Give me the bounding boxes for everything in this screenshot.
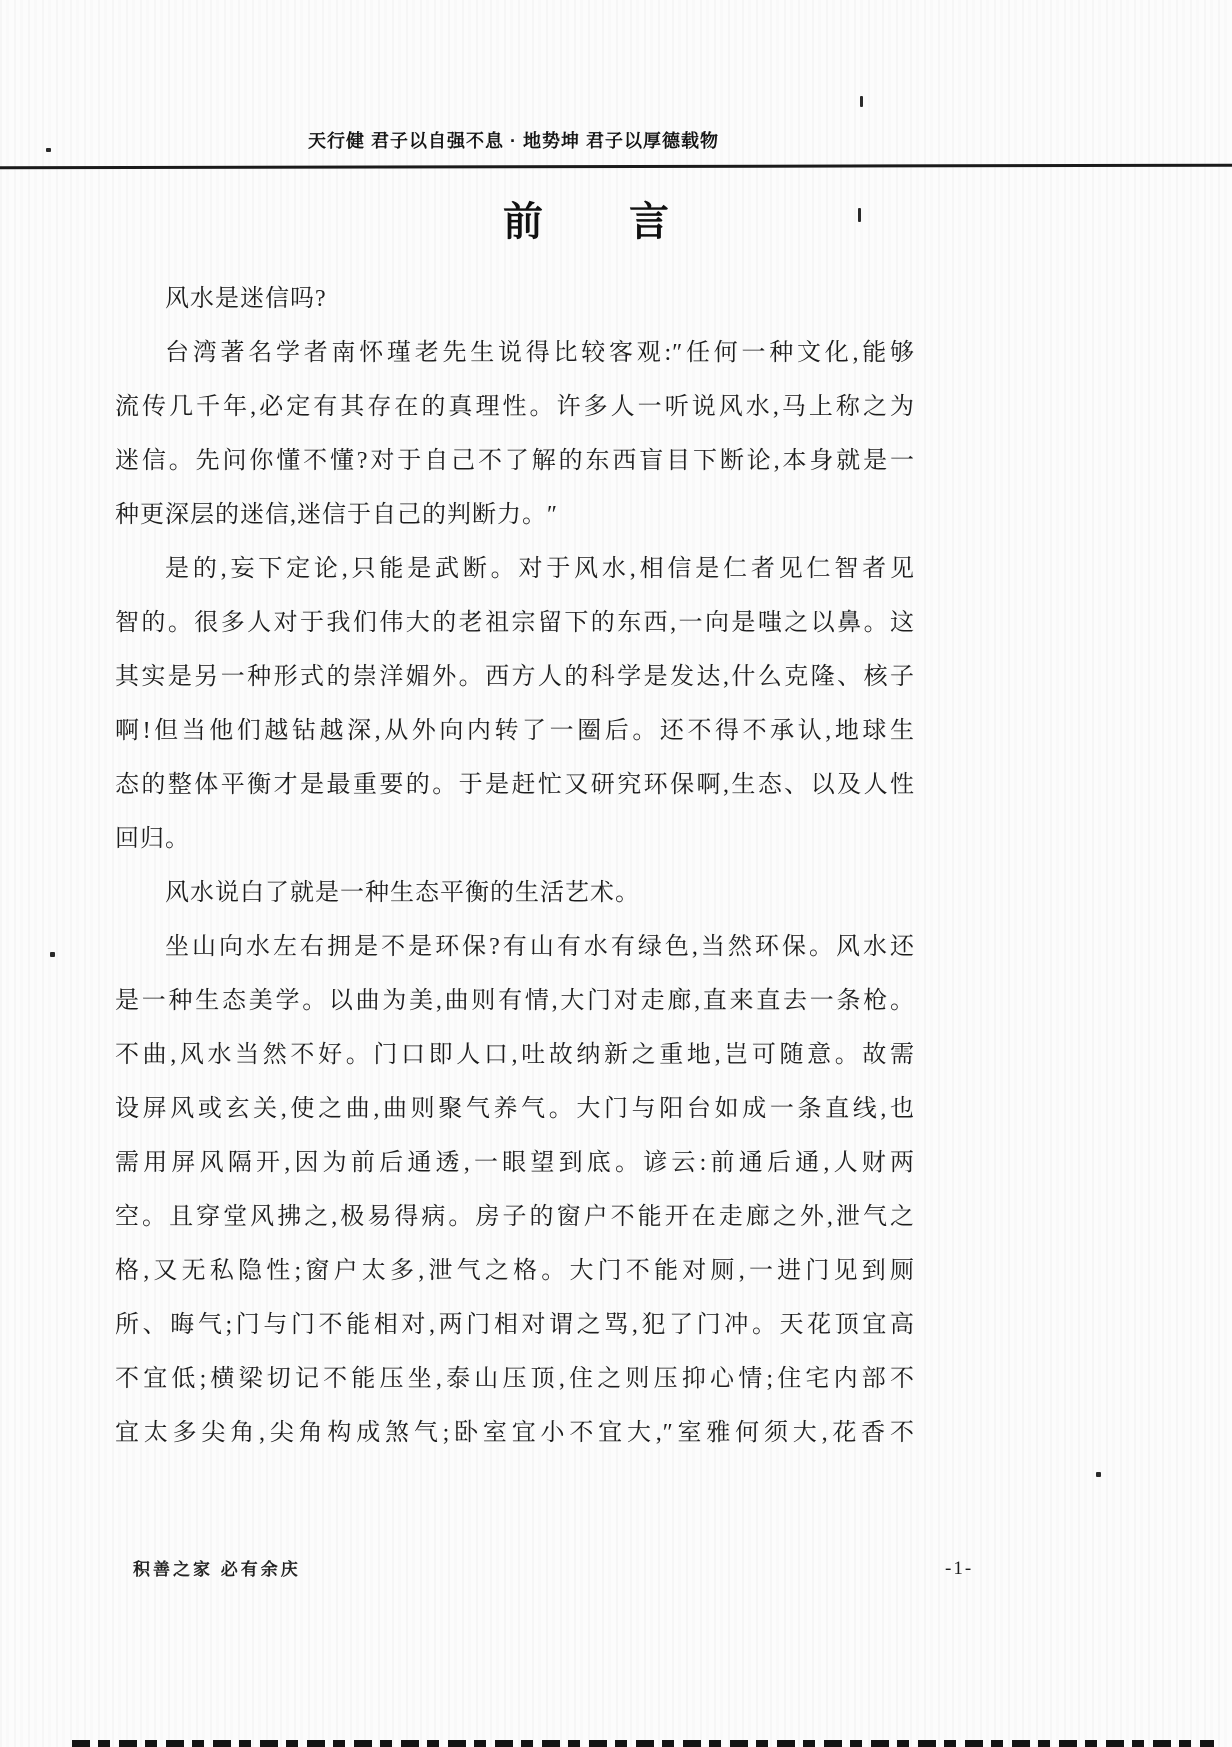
scan-speck: [860, 96, 863, 107]
page-title: 前 言: [0, 190, 1203, 247]
text-line: 回归。: [115, 812, 915, 866]
text-line: 种更深层的迷信,迷信于自己的判断力。″: [115, 488, 915, 542]
text-line: 不曲,风水当然不好。门口即人口,吐故纳新之重地,岂可随意。故需: [115, 1028, 915, 1082]
text-line: 台湾著名学者南怀瑾老先生说得比较客观:″任何一种文化,能够: [115, 326, 915, 380]
text-line: 是一种生态美学。以曲为美,曲则有情,大门对走廊,直来直去一条枪。: [115, 974, 915, 1028]
text-line: 迷信。先问你懂不懂?对于自己不了解的东西盲目下断论,本身就是一: [115, 434, 915, 488]
text-line: 格,又无私隐性;窗户太多,泄气之格。大门不能对厕,一进门见到厕: [115, 1244, 915, 1298]
footer-motto: 积善之家 必有余庆: [133, 1555, 301, 1580]
scanned-book-page: 天行健 君子以自强不息 · 地势坤 君子以厚德载物 前 言 风水是迷信吗?台湾著…: [0, 0, 1232, 1747]
scan-speck: [1096, 1472, 1101, 1477]
page-number: -1-: [945, 1558, 973, 1580]
scan-edge-artifact: [72, 1740, 1214, 1747]
header-rule: [0, 164, 1232, 170]
text-line: 啊!但当他们越钻越深,从外向内转了一圈后。还不得不承认,地球生: [115, 704, 915, 758]
text-line: 不宜低;横梁切记不能压坐,泰山压顶,住之则压抑心情;住宅内部不: [115, 1352, 915, 1406]
text-line: 态的整体平衡才是最重要的。于是赶忙又研究环保啊,生态、以及人性: [115, 758, 915, 812]
text-line: 空。且穿堂风拂之,极易得病。房子的窗户不能开在走廊之外,泄气之: [115, 1190, 915, 1244]
text-line: 坐山向水左右拥是不是环保?有山有水有绿色,当然环保。风水还: [115, 920, 915, 974]
scan-speck: [858, 208, 861, 222]
text-line: 宜太多尖角,尖角构成煞气;卧室宜小不宜大,″室雅何须大,花香不: [115, 1406, 915, 1460]
text-line: 所、晦气;门与门不能相对,两门相对谓之骂,犯了门冲。天花顶宜高: [115, 1298, 915, 1352]
body-text: 风水是迷信吗?台湾著名学者南怀瑾老先生说得比较客观:″任何一种文化,能够流传几千…: [115, 272, 915, 1460]
text-line: 需用屏风隔开,因为前后通透,一眼望到底。谚云:前通后通,人财两: [115, 1136, 915, 1190]
scan-speck: [46, 148, 51, 152]
text-line: 风水是迷信吗?: [115, 272, 915, 326]
text-line: 风水说白了就是一种生态平衡的生活艺术。: [115, 866, 915, 920]
text-line: 流传几千年,必定有其存在的真理性。许多人一听说风水,马上称之为: [115, 380, 915, 434]
text-line: 是的,妄下定论,只能是武断。对于风水,相信是仁者见仁智者见: [115, 542, 915, 596]
text-line: 智的。很多人对于我们伟大的老祖宗留下的东西,一向是嗤之以鼻。这: [115, 596, 915, 650]
text-line: 设屏风或玄关,使之曲,曲则聚气养气。大门与阳台如成一条直线,也: [115, 1082, 915, 1136]
scan-speck: [50, 952, 55, 957]
text-line: 其实是另一种形式的崇洋媚外。西方人的科学是发达,什么克隆、核子: [115, 650, 915, 704]
header-motto: 天行健 君子以自强不息 · 地势坤 君子以厚德载物: [308, 127, 719, 153]
